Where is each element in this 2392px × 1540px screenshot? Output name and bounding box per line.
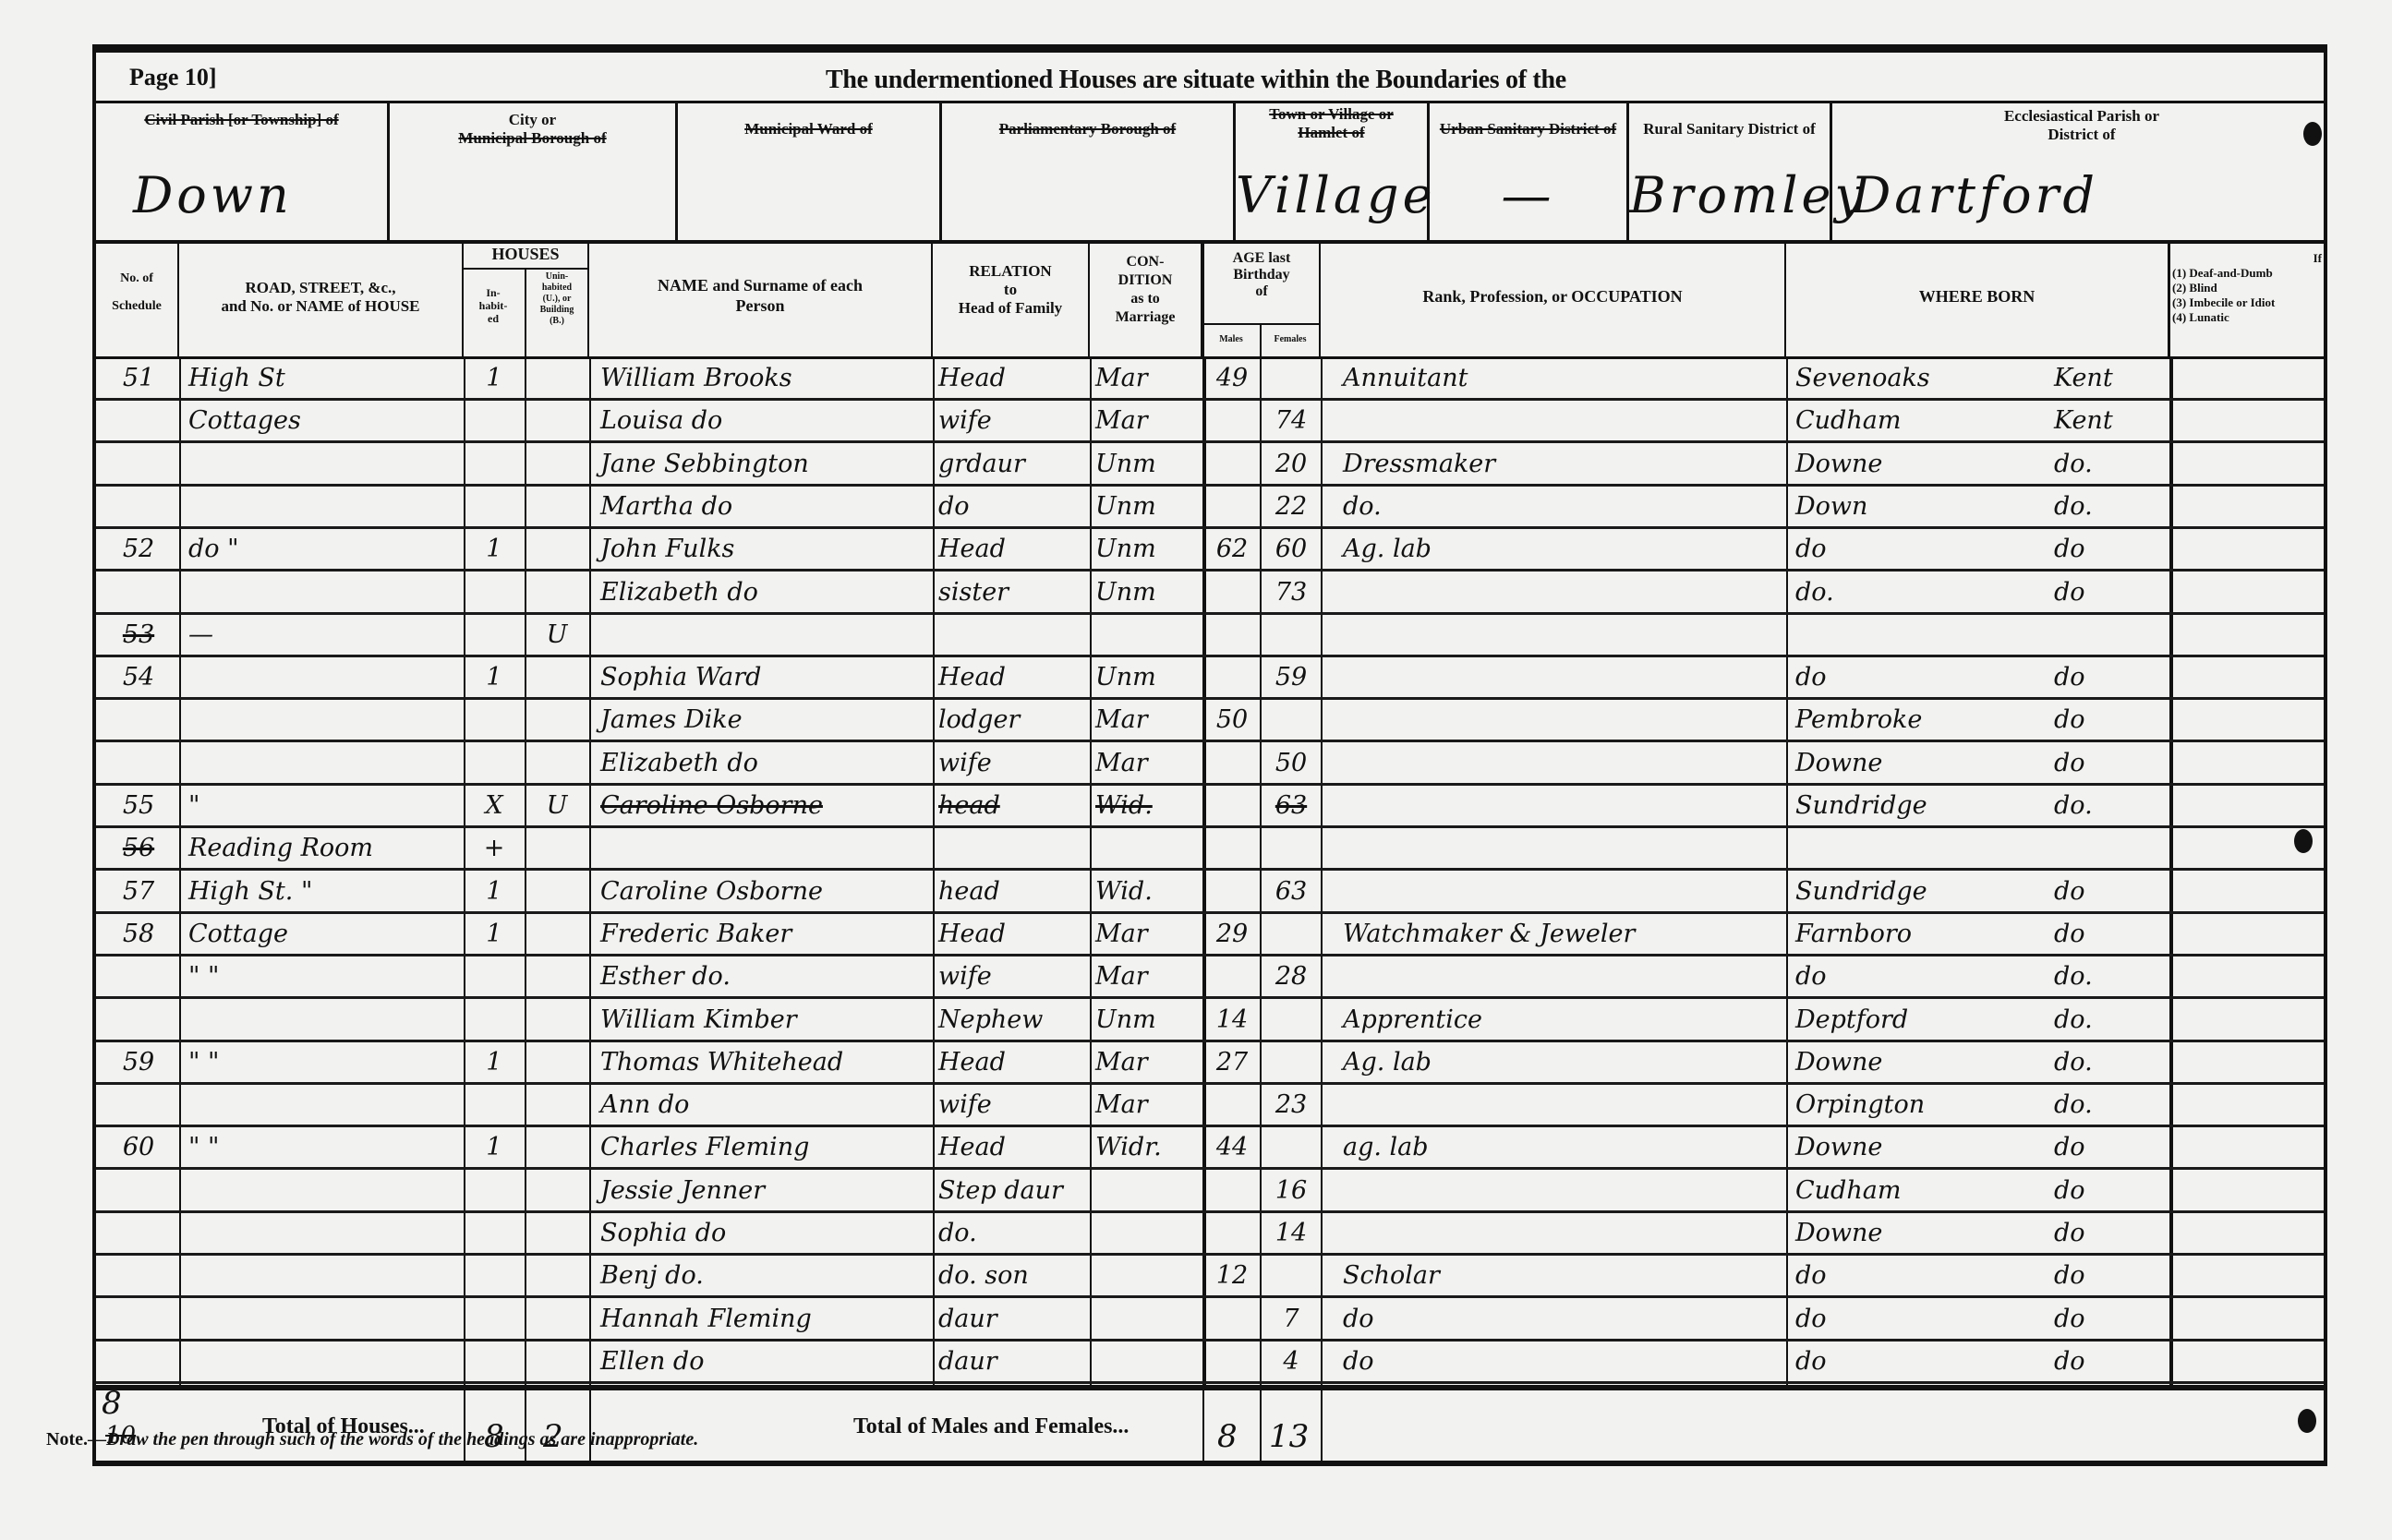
total-males: 8 [1217,1418,1238,1455]
cell-inhabited: 1 [465,873,523,910]
table-row: James DikelodgerMar50Pembrokedo [96,700,2324,742]
cell-occupation [1343,574,1777,611]
cell-inhabited [465,958,523,995]
cell-relation: wife [938,1087,1088,1124]
table-row: Benj do.do. son12Scholardodo [96,1256,2324,1298]
cell-uninhabited [526,830,587,867]
cell-male-age [1206,617,1258,654]
cell-born-county: do [2054,745,2165,782]
cell-born-place: Sundridge [1795,788,2036,824]
cell-infirmity [2176,360,2324,397]
cell-born-place: Downe [1795,1044,2036,1081]
cell-infirmity [2176,531,2324,568]
cell-uninhabited [526,574,587,611]
cell-uninhabited [526,446,587,483]
cell-infirmity [2176,1257,2324,1294]
cell-occupation [1343,745,1777,782]
header-name: NAME and Surname of each Person [589,244,933,356]
cell-occupation: do [1343,1301,1777,1338]
cell-born-county: do. [2054,1087,2165,1124]
boundaries-heading: The undermentioned Houses are situate wi… [826,66,1566,95]
cell-road [188,702,456,739]
cell-born-place: do. [1795,574,2036,611]
cell-male-age: 44 [1206,1129,1258,1166]
cell-schedule [100,488,177,525]
cell-road [188,745,456,782]
cell-occupation: ag. lab [1343,1129,1777,1166]
cell-road: — [188,617,456,654]
cell-uninhabited [526,1087,587,1124]
cell-inhabited [465,1257,523,1294]
cell-road: Cottages [188,403,456,439]
cell-schedule [100,745,177,782]
cell-infirmity [2176,1002,2324,1039]
cell-inhabited: X [465,788,523,824]
administrative-divisions: Civil Parish [or Township] of Down City … [96,103,2324,240]
table-row: William KimberNephewUnm14ApprenticeDeptf… [96,1000,2324,1042]
census-entries: 51High St1William BrooksHeadMar49Annuita… [96,358,2324,1385]
cell-road: " " [188,1044,456,1081]
cell-born-county [2054,830,2165,867]
cell-schedule [100,1002,177,1039]
cell-infirmity [2176,1044,2324,1081]
cell-born-place: Pembroke [1795,702,2036,739]
division-value: — [1430,166,1626,224]
division-value: Dartford [1832,166,2331,224]
cell-inhabited [465,488,523,525]
cell-born-county [2054,617,2165,654]
cell-infirmity [2176,488,2324,525]
header-road: ROAD, STREET, &c., and No. or NAME of HO… [179,244,464,356]
cell-uninhabited [526,659,587,696]
cell-condition [1095,1173,1201,1209]
cell-occupation: Annuitant [1343,360,1777,397]
cell-occupation [1343,873,1777,910]
cell-born-county: do. [2054,488,2165,525]
cell-born-place: do [1795,1343,2036,1380]
cell-uninhabited [526,1173,587,1209]
cell-schedule: 58 [100,916,177,953]
division-town-village: Town or Village or Hamlet of Village [1236,103,1430,240]
cell-female-age [1263,1002,1319,1039]
cell-inhabited [465,617,523,654]
cell-name: Elizabeth do [600,745,929,782]
cell-relation: head [938,788,1088,824]
cell-infirmity [2176,574,2324,611]
cell-schedule [100,1257,177,1294]
cell-female-age: 20 [1263,446,1319,483]
cell-uninhabited [526,916,587,953]
cell-born-county: Kent [2054,360,2165,397]
cell-infirmity [2176,1129,2324,1166]
cell-born-place: Sevenoaks [1795,360,2036,397]
cell-male-age [1206,403,1258,439]
cell-born-county: do. [2054,1044,2165,1081]
cell-male-age [1206,488,1258,525]
cell-born-place: Downe [1795,745,2036,782]
cell-road [188,574,456,611]
cell-infirmity [2176,1173,2324,1209]
cell-condition: Wid. [1095,873,1201,910]
cell-inhabited [465,1301,523,1338]
cell-male-age [1206,745,1258,782]
cell-condition: Unm [1095,531,1201,568]
cell-female-age: 7 [1263,1301,1319,1338]
cell-female-age [1263,1129,1319,1166]
cell-condition: Unm [1095,488,1201,525]
cell-relation: Step daur [938,1173,1088,1209]
cell-male-age: 14 [1206,1002,1258,1039]
page-header: Page 10] The undermentioned Houses are s… [96,53,2324,101]
cell-uninhabited [526,1129,587,1166]
cell-infirmity [2176,745,2324,782]
cell-condition [1095,830,1201,867]
cell-condition: Mar [1095,916,1201,953]
cell-inhabited [465,1173,523,1209]
cell-uninhabited: U [526,788,587,824]
cell-uninhabited [526,745,587,782]
cell-male-age [1206,1215,1258,1252]
cell-born-county: do [2054,1257,2165,1294]
cell-relation: sister [938,574,1088,611]
cell-inhabited [465,745,523,782]
cell-female-age: 59 [1263,659,1319,696]
table-row: 51High St1William BrooksHeadMar49Annuita… [96,358,2324,401]
cell-uninhabited [526,1343,587,1380]
cell-male-age: 50 [1206,702,1258,739]
cell-born-place: Farnboro [1795,916,2036,953]
cell-schedule [100,574,177,611]
cell-road [188,1002,456,1039]
cell-female-age [1263,916,1319,953]
cell-name: Sophia Ward [600,659,929,696]
cell-road [188,1087,456,1124]
table-row: Hannah Flemingdaur7dododo [96,1299,2324,1341]
cell-condition: Mar [1095,702,1201,739]
cell-male-age: 27 [1206,1044,1258,1081]
cell-condition: Mar [1095,1044,1201,1081]
cell-male-age [1206,446,1258,483]
cell-condition: Mar [1095,403,1201,439]
header-infirmity: If (1) Deaf-and-Dumb (2) Blind (3) Imbec… [2170,244,2331,356]
cell-male-age: 29 [1206,916,1258,953]
cell-infirmity [2176,788,2324,824]
cell-born-county: do [2054,1129,2165,1166]
cell-born-county: do [2054,659,2165,696]
cell-inhabited: + [465,830,523,867]
cell-schedule [100,1343,177,1380]
cell-born-county: do. [2054,1002,2165,1039]
cell-female-age: 73 [1263,574,1319,611]
cell-schedule [100,702,177,739]
cell-uninhabited [526,1002,587,1039]
cell-road: Cottage [188,916,456,953]
cell-schedule: 51 [100,360,177,397]
cell-schedule [100,446,177,483]
cell-inhabited: 1 [465,1129,523,1166]
cell-inhabited [465,1002,523,1039]
cell-infirmity [2176,873,2324,910]
cell-name: Louisa do [600,403,929,439]
division-municipal-ward: Municipal Ward of [678,103,942,240]
table-row: 60" "1Charles FlemingHeadWidr.44ag. labD… [96,1127,2324,1170]
cell-occupation [1343,1173,1777,1209]
cell-uninhabited [526,360,587,397]
cell-condition: Mar [1095,1087,1201,1124]
header-age: AGE last Birthday of Males Females [1204,244,1321,356]
cell-inhabited [465,1343,523,1380]
cell-infirmity [2176,403,2324,439]
cell-name: Charles Fleming [600,1129,929,1166]
cell-born-county: do [2054,574,2165,611]
cell-occupation [1343,958,1777,995]
cell-born-place: Deptford [1795,1002,2036,1039]
cell-relation: do [938,488,1088,525]
header-schedule: No. of Schedule [96,244,179,356]
cell-born-county: do [2054,1173,2165,1209]
cell-schedule: 53 [100,617,177,654]
cell-female-age: 50 [1263,745,1319,782]
cell-born-place: Downe [1795,1215,2036,1252]
cell-occupation [1343,1215,1777,1252]
cell-born-place: Orpington [1795,1087,2036,1124]
cell-born-county: do [2054,873,2165,910]
cell-born-place: Downe [1795,446,2036,483]
cell-occupation: Ag. lab [1343,531,1777,568]
cell-road [188,659,456,696]
division-civil-parish: Civil Parish [or Township] of Down [96,103,390,240]
table-row: 57High St. "1Caroline OsborneheadWid.63S… [96,872,2324,914]
division-parliamentary-borough: Parliamentary Borough of [942,103,1236,240]
cell-female-age [1263,617,1319,654]
header-relation: RELATION to Head of Family [933,244,1090,356]
cell-inhabited [465,702,523,739]
cell-name: Jane Sebbington [600,446,929,483]
cell-road [188,446,456,483]
cell-infirmity [2176,958,2324,995]
cell-schedule: 54 [100,659,177,696]
division-urban-sanitary: Urban Sanitary District of — [1430,103,1629,240]
cell-name: James Dike [600,702,929,739]
cell-condition [1095,1257,1201,1294]
table-row: " "Esther do.wifeMar28dodo. [96,956,2324,999]
cell-occupation [1343,702,1777,739]
cell-male-age [1206,1087,1258,1124]
cell-female-age: 16 [1263,1173,1319,1209]
cell-male-age [1206,1343,1258,1380]
cell-born-county: do [2054,1301,2165,1338]
cell-name: William Kimber [600,1002,929,1039]
table-row: 55"XUCaroline OsborneheadWid.63Sundridge… [96,786,2324,828]
table-row: Elizabeth dowifeMar50Downedo [96,743,2324,786]
division-value: Bromley [1629,166,1830,224]
cell-infirmity [2176,617,2324,654]
cell-born-place: Down [1795,488,2036,525]
cell-relation: daur [938,1301,1088,1338]
cell-name [600,617,929,654]
table-row: 58Cottage1Frederic BakerHeadMar29Watchma… [96,914,2324,956]
census-sheet: Page 10] The undermentioned Houses are s… [92,44,2327,1466]
table-row: 59" "1Thomas WhiteheadHeadMar27Ag. labDo… [96,1042,2324,1085]
cell-condition: Wid. [1095,788,1201,824]
cell-road [188,1257,456,1294]
cell-male-age [1206,788,1258,824]
cell-born-place: Cudham [1795,403,2036,439]
cell-inhabited [465,1087,523,1124]
cell-uninhabited [526,531,587,568]
cell-uninhabited [526,1044,587,1081]
cell-relation: Head [938,360,1088,397]
cell-female-age: 63 [1263,788,1319,824]
cell-schedule [100,1301,177,1338]
cell-occupation: Watchmaker & Jeweler [1343,916,1777,953]
cell-infirmity [2176,446,2324,483]
cell-occupation [1343,659,1777,696]
cell-road [188,488,456,525]
cell-occupation [1343,617,1777,654]
ink-blot [2303,122,2322,146]
cell-relation: daur [938,1343,1088,1380]
cell-uninhabited [526,1215,587,1252]
cell-born-county: do [2054,1215,2165,1252]
cell-female-age [1263,1257,1319,1294]
cell-born-place [1795,830,2036,867]
cell-male-age [1206,1301,1258,1338]
cell-female-age [1263,830,1319,867]
cell-inhabited: 1 [465,531,523,568]
cell-condition: Mar [1095,958,1201,995]
cell-road [188,1173,456,1209]
cell-infirmity [2176,1343,2324,1380]
cell-name: Jessie Jenner [600,1173,929,1209]
cell-relation: do. son [938,1257,1088,1294]
cell-name: Thomas Whitehead [600,1044,929,1081]
header-occupation: Rank, Profession, or OCCUPATION [1321,244,1786,356]
cell-inhabited [465,446,523,483]
table-row: Sophia dodo.14Downedo [96,1213,2324,1256]
margin-tally-top: 8 [102,1385,122,1422]
cell-relation: Head [938,1129,1088,1166]
cell-male-age: 49 [1206,360,1258,397]
cell-schedule [100,403,177,439]
cell-male-age [1206,1173,1258,1209]
cell-female-age [1263,702,1319,739]
division-rural-sanitary: Rural Sanitary District of Bromley [1629,103,1832,240]
cell-road: " " [188,1129,456,1166]
table-row: Elizabeth dosisterUnm73do.do [96,572,2324,615]
cell-male-age [1206,574,1258,611]
cell-inhabited [465,403,523,439]
cell-born-county: do. [2054,788,2165,824]
cell-uninhabited [526,702,587,739]
cell-name: William Brooks [600,360,929,397]
cell-road: High St [188,360,456,397]
cell-condition [1095,1301,1201,1338]
cell-infirmity [2176,1301,2324,1338]
cell-uninhabited [526,873,587,910]
cell-relation: Head [938,659,1088,696]
cell-relation: lodger [938,702,1088,739]
cell-occupation: do [1343,1343,1777,1380]
cell-inhabited: 1 [465,916,523,953]
cell-inhabited: 1 [465,360,523,397]
cell-female-age: 23 [1263,1087,1319,1124]
cell-road: do " [188,531,456,568]
cell-condition: Widr. [1095,1129,1201,1166]
cell-name: Ellen do [600,1343,929,1380]
division-value: Village [1236,166,1427,224]
header-condition: CON- DITION as to Marriage [1090,244,1204,356]
cell-uninhabited [526,488,587,525]
cell-occupation: Ag. lab [1343,1044,1777,1081]
cell-road [188,1215,456,1252]
cell-born-place: do [1795,1301,2036,1338]
cell-relation: do. [938,1215,1088,1252]
cell-occupation [1343,830,1777,867]
cell-schedule: 60 [100,1129,177,1166]
cell-relation: Head [938,531,1088,568]
cell-condition: Unm [1095,1002,1201,1039]
cell-schedule: 59 [100,1044,177,1081]
column-headers: No. of Schedule ROAD, STREET, &c., and N… [96,244,2324,356]
cell-occupation [1343,788,1777,824]
cell-infirmity [2176,1215,2324,1252]
cell-male-age: 12 [1206,1257,1258,1294]
top-rule [96,44,2324,53]
cell-female-age: 4 [1263,1343,1319,1380]
cell-name: Elizabeth do [600,574,929,611]
cell-occupation: Apprentice [1343,1002,1777,1039]
cell-relation: wife [938,958,1088,995]
cell-name: Sophia do [600,1215,929,1252]
cell-female-age: 60 [1263,531,1319,568]
cell-schedule [100,1087,177,1124]
cell-relation: wife [938,745,1088,782]
cell-relation: wife [938,403,1088,439]
cell-born-place: do [1795,531,2036,568]
cell-born-place [1795,617,2036,654]
cell-uninhabited: U [526,617,587,654]
table-row: Jessie JennerStep daur16Cudhamdo [96,1171,2324,1213]
division-value: Down [96,166,387,224]
cell-name: Esther do. [600,958,929,995]
table-row: Martha dodoUnm22do.Downdo. [96,487,2324,529]
cell-name: Frederic Baker [600,916,929,953]
ink-blot [2294,829,2313,853]
cell-female-age: 63 [1263,873,1319,910]
division-city-borough: City or Municipal Borough of [390,103,678,240]
cell-born-place: Downe [1795,1129,2036,1166]
cell-condition: Unm [1095,574,1201,611]
cell-infirmity [2176,702,2324,739]
cell-condition [1095,1215,1201,1252]
table-row: Ellen dodaur4dododo [96,1341,2324,1384]
cell-male-age [1206,659,1258,696]
cell-condition: Mar [1095,360,1201,397]
cell-born-place: do [1795,1257,2036,1294]
cell-schedule: 55 [100,788,177,824]
total-females: 13 [1269,1418,1309,1455]
table-row: 52do "1John FulksHeadUnm6260Ag. labdodo [96,529,2324,571]
cell-road: Reading Room [188,830,456,867]
table-row: CottagesLouisa dowifeMar74CudhamKent [96,401,2324,443]
cell-relation [938,830,1088,867]
cell-name: Martha do [600,488,929,525]
cell-male-age [1206,873,1258,910]
cell-inhabited: 1 [465,659,523,696]
cell-condition: Unm [1095,446,1201,483]
cell-road: " [188,788,456,824]
